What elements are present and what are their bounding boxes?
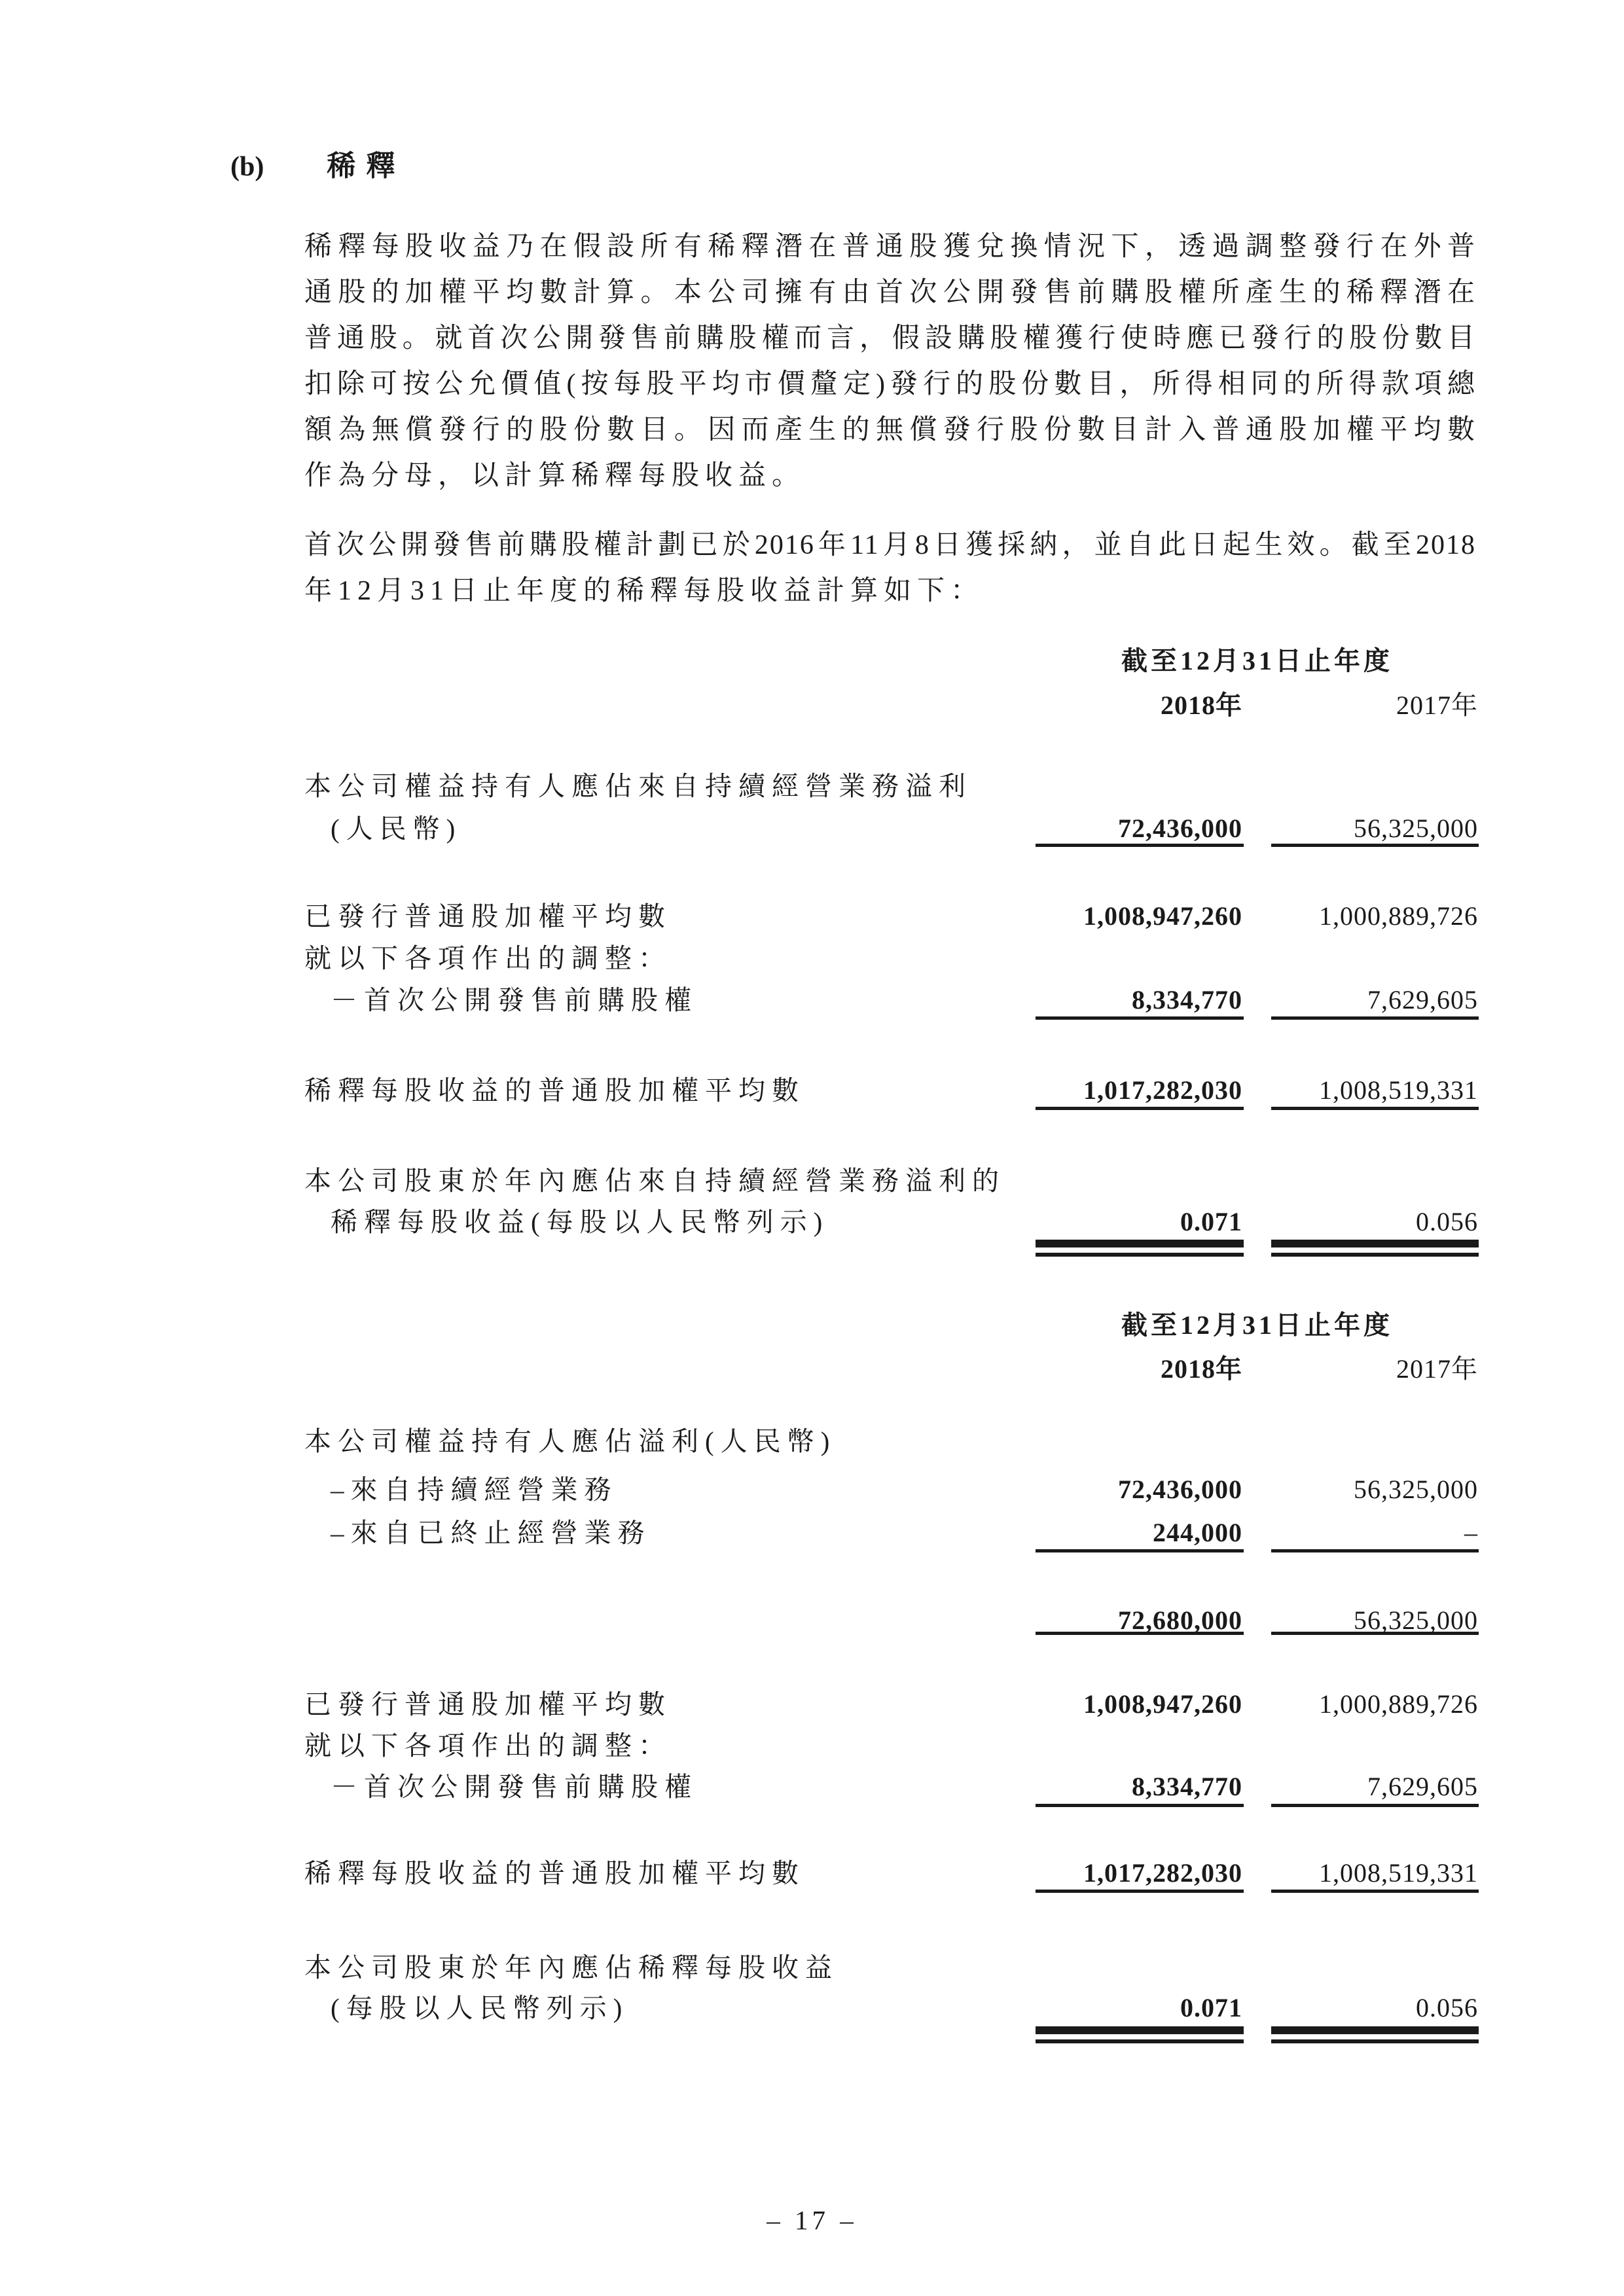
table2-value-2017: 56,325,000 bbox=[1260, 1473, 1478, 1507]
table2-value-2017: 1,008,519,331 bbox=[1260, 1856, 1478, 1890]
double-rule-2017-column bbox=[1271, 1240, 1479, 1247]
table1-row-label: 本公司權益持有人應佔來自持續經營業務溢利 bbox=[304, 769, 972, 803]
rule-2018-column bbox=[1036, 1632, 1244, 1635]
double-rule-2018-column bbox=[1036, 1240, 1244, 1247]
table1-row-label: 已發行普通股加權平均數 bbox=[304, 899, 672, 933]
paragraph-line: 作為分母，以計算稀釋每股收益。 bbox=[304, 453, 1476, 499]
rule-2018-column bbox=[1036, 1016, 1244, 1020]
double-rule-2018-column bbox=[1036, 2039, 1244, 2043]
paragraph-dilution-method: 稀釋每股收益乃在假設所有稀釋潛在普通股獲兌換情況下，透過調整發行在外普 通股的加… bbox=[304, 224, 1476, 499]
paragraph-line: 年12月31日止年度的稀釋每股收益計算如下： bbox=[304, 568, 1476, 614]
rule-2017-column bbox=[1271, 1804, 1479, 1807]
table2-column-header-2018: 2018年 bbox=[1024, 1352, 1242, 1386]
table2-row-label: 稀釋每股收益的普通股加權平均數 bbox=[304, 1856, 805, 1890]
table2-value-2017: 1,000,889,726 bbox=[1260, 1687, 1478, 1721]
table1-value-2018: 1,008,947,260 bbox=[1024, 899, 1242, 933]
table2-row-label: 就以下各項作出的調整： bbox=[304, 1729, 672, 1763]
table1-value-2018: 72,436,000 bbox=[1024, 812, 1242, 846]
rule-2018-column bbox=[1036, 844, 1244, 847]
paragraph-line: 通股的加權平均數計算。本公司擁有由首次公開發售前購股權所產生的稀釋潛在 bbox=[304, 270, 1476, 315]
table2-value-2017: – bbox=[1260, 1516, 1478, 1550]
double-rule-2017-column bbox=[1271, 2026, 1479, 2034]
table1-column-header-2017: 2017年 bbox=[1260, 689, 1478, 723]
table1-value-2017: 56,325,000 bbox=[1260, 812, 1478, 846]
paragraph-preipo-options: 首次公開發售前購股權計劃已於2016年11月8日獲採納，並自此日起生效。截至20… bbox=[304, 522, 1476, 614]
rule-2017-column bbox=[1271, 1107, 1479, 1110]
table1-row-label: －首次公開發售前購股權 bbox=[331, 983, 698, 1017]
paragraph-line: 普通股。就首次公開發售前購股權而言，假設購股權獲行使時應已發行的股份數目 bbox=[304, 315, 1476, 361]
table2-value-2017: 0.056 bbox=[1260, 1991, 1478, 2025]
table1-period-header: 截至12月31日止年度 bbox=[1036, 645, 1479, 677]
table1-row-label: 稀釋每股收益的普通股加權平均數 bbox=[304, 1073, 805, 1107]
table1-value-2018: 0.071 bbox=[1024, 1205, 1242, 1239]
paragraph-line: 扣除可按公允價值(按每股平均市價釐定)發行的股份數目，所得相同的所得款項總 bbox=[304, 361, 1476, 407]
table2-value-2018: 72,436,000 bbox=[1024, 1473, 1242, 1507]
rule-2017-column bbox=[1271, 1549, 1479, 1552]
table1-value-2018: 1,017,282,030 bbox=[1024, 1073, 1242, 1107]
section-title: 稀釋 bbox=[327, 150, 405, 182]
table1-value-2017: 0.056 bbox=[1260, 1205, 1478, 1239]
table1-row-label: (人民幣) bbox=[331, 812, 461, 846]
table1-value-2018: 8,334,770 bbox=[1024, 983, 1242, 1017]
table2-column-header-2017: 2017年 bbox=[1260, 1352, 1478, 1386]
table2-row-label: 已發行普通股加權平均數 bbox=[304, 1687, 672, 1721]
paragraph-line: 首次公開發售前購股權計劃已於2016年11月8日獲採納，並自此日起生效。截至20… bbox=[304, 522, 1476, 568]
table2-value-2018: 1,008,947,260 bbox=[1024, 1687, 1242, 1721]
table2-row-label: －首次公開發售前購股權 bbox=[331, 1770, 698, 1804]
double-rule-2017-column bbox=[1271, 1253, 1479, 1257]
table1-row-label: 本公司股東於年內應佔來自持續經營業務溢利的 bbox=[304, 1164, 1005, 1198]
table1-value-2017: 7,629,605 bbox=[1260, 983, 1478, 1017]
paragraph-line: 額為無償發行的股份數目。因而產生的無償發行股份數目計入普通股加權平均數 bbox=[304, 407, 1476, 453]
rule-2017-column bbox=[1271, 1632, 1479, 1635]
rule-2018-column bbox=[1036, 1107, 1244, 1110]
paragraph-line: 稀釋每股收益乃在假設所有稀釋潛在普通股獲兌換情況下，透過調整發行在外普 bbox=[304, 224, 1476, 270]
table2-row-label: 本公司權益持有人應佔溢利(人民幣) bbox=[304, 1424, 836, 1458]
table2-value-2018: 0.071 bbox=[1024, 1991, 1242, 2025]
double-rule-2017-column bbox=[1271, 2039, 1479, 2043]
double-rule-2018-column bbox=[1036, 2026, 1244, 2034]
section-heading: (b)稀釋 bbox=[230, 149, 405, 183]
double-rule-2018-column bbox=[1036, 1253, 1244, 1257]
rule-2018-column bbox=[1036, 1804, 1244, 1807]
table2-row-label: –來自持續經營業務 bbox=[331, 1473, 618, 1507]
page-number: – 17 – bbox=[0, 2204, 1624, 2236]
table2-value-2018: 244,000 bbox=[1024, 1516, 1242, 1550]
rule-2018-column bbox=[1036, 1890, 1244, 1893]
table2-row-label: 本公司股東於年內應佔稀釋每股收益 bbox=[304, 1950, 839, 1984]
document-page: (b)稀釋 稀釋每股收益乃在假設所有稀釋潛在普通股獲兌換情況下，透過調整發行在外… bbox=[0, 0, 1624, 2296]
rule-2018-column bbox=[1036, 1549, 1244, 1552]
rule-2017-column bbox=[1271, 844, 1479, 847]
table1-row-label: 稀釋每股收益(每股以人民幣列示) bbox=[331, 1205, 829, 1239]
table1-value-2017: 1,000,889,726 bbox=[1260, 899, 1478, 933]
table1-row-label: 就以下各項作出的調整： bbox=[304, 941, 672, 975]
table1-value-2017: 1,008,519,331 bbox=[1260, 1073, 1478, 1107]
table2-value-2018: 8,334,770 bbox=[1024, 1770, 1242, 1804]
table2-value-2017: 7,629,605 bbox=[1260, 1770, 1478, 1804]
table2-row-label: –來自已終止經營業務 bbox=[331, 1516, 651, 1550]
table2-value-2018: 1,017,282,030 bbox=[1024, 1856, 1242, 1890]
table2-row-label: (每股以人民幣列示) bbox=[331, 1991, 628, 2025]
table2-period-header: 截至12月31日止年度 bbox=[1036, 1309, 1479, 1342]
rule-2017-column bbox=[1271, 1890, 1479, 1893]
section-marker: (b) bbox=[230, 152, 264, 182]
rule-2017-column bbox=[1271, 1016, 1479, 1020]
table1-column-header-2018: 2018年 bbox=[1024, 689, 1242, 723]
